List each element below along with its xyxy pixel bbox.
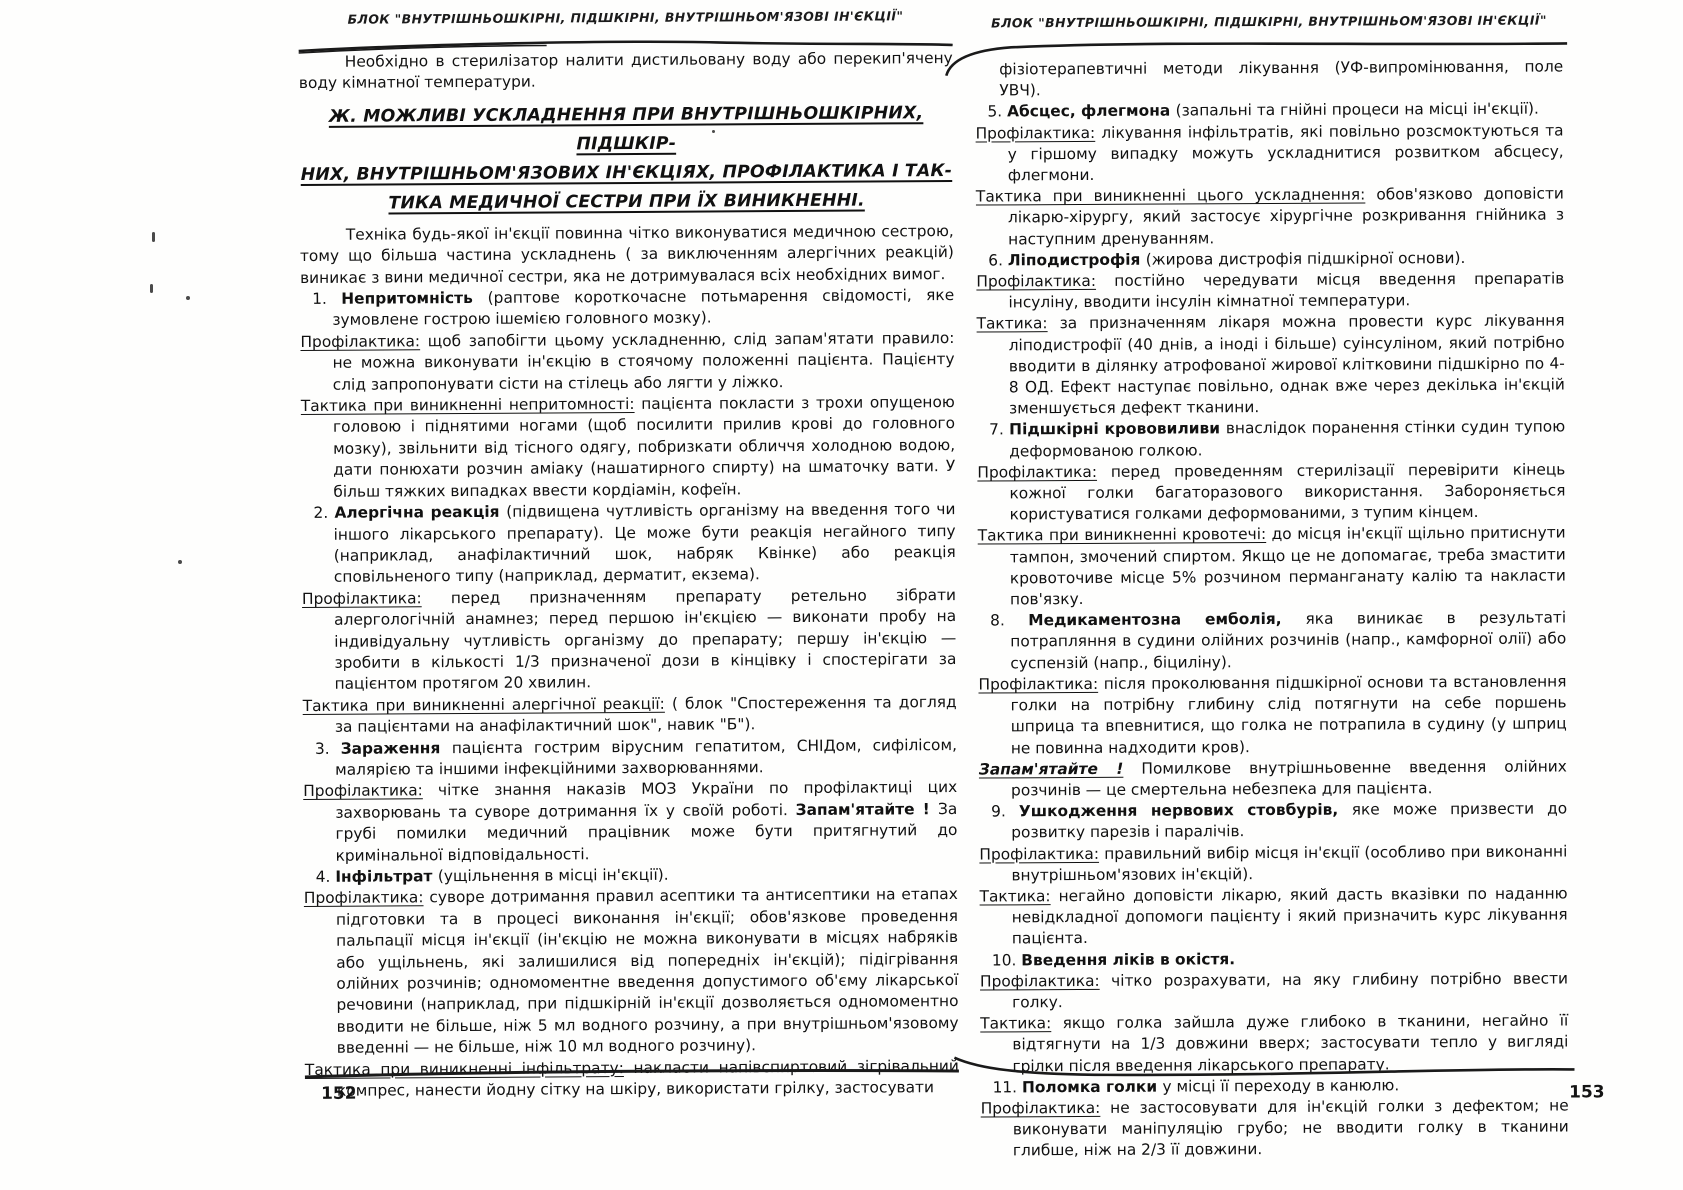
paragraph: фізіотерапевтичні методи лікування (УФ-в… [975, 56, 1563, 101]
text-segment: Медикаментозна емболія, [1028, 610, 1305, 629]
text-segment: перед призначенням препарату ретельно зі… [334, 586, 956, 693]
paragraph: 2. Алергічна реакція (підвищена чутливіс… [301, 499, 956, 589]
text-segment: Профілактика: [300, 332, 420, 351]
text-segment: негайно доповісти лікарю, який дасть вка… [1012, 884, 1568, 947]
paragraph: Профілактика: перед проведенням стериліз… [977, 459, 1565, 526]
paragraph: 1. Непритомність (раптове короткочасне п… [300, 285, 954, 332]
text-segment: за призначенням лікаря можна провести ку… [1009, 312, 1565, 418]
scan-speck [150, 284, 153, 293]
left-page: БЛОК "ВНУТРІШНЬОШКІРНІ, ПІДШКІРНІ, ВНУТР… [298, 0, 959, 1190]
text-segment: (жирова дистрофія підшкірної основи). [1146, 249, 1466, 269]
page-number-152: 152 [321, 1084, 357, 1104]
paragraph: Профілактика: лікування інфільтратів, як… [976, 120, 1564, 187]
paragraph: Тактика при виникненні цього ускладнення… [976, 184, 1564, 251]
text-segment: якщо голка зайшла дуже глибоко в тканини… [1012, 1012, 1568, 1075]
text-segment: (запальні та гнійні процеси на місці ін'… [1176, 100, 1539, 120]
text-segment: 11. [993, 1078, 1022, 1096]
scan-speck [152, 232, 155, 242]
paragraph: Тактика: якщо голка зайшла дуже глибоко … [980, 1011, 1568, 1078]
text-segment: 6. [988, 251, 1008, 269]
text-segment: у місці її переходу в канюлю. [1162, 1076, 1399, 1095]
text-segment: Необхідно в стерилізатор налити дистильо… [299, 49, 953, 92]
text-segment: 8. [990, 612, 1028, 630]
text-segment: Непритомність [341, 289, 487, 308]
text-segment: Абсцес, флегмона [1007, 102, 1176, 121]
paragraph: 6. Ліподистрофія (жирова дистрофія підшк… [976, 247, 1564, 271]
text-segment: Тактика: [980, 1014, 1051, 1032]
paragraph: 5. Абсцес, флегмона (запальні та гнійні … [975, 99, 1563, 123]
paragraph: 3. Зараження пацієнта гострим вірусним г… [303, 735, 957, 782]
text-segment: Профілактика: [303, 782, 423, 801]
paragraph: Техніка будь-якої ін'єкції повинна чітко… [300, 221, 954, 289]
paragraph: 7. Підшкірні крововиливи внаслідок поран… [977, 417, 1565, 462]
text-segment: Тактика при виникненні кровотечі: [978, 525, 1267, 545]
text-segment: Тактика: [980, 887, 1051, 905]
text-segment: Ушкодження нервових стовбурів, [1019, 801, 1352, 821]
running-header-right: БЛОК "ВНУТРІШНЬОШКІРНІ, ПІДШКІРНІ, ВНУТР… [975, 12, 1563, 30]
paragraph: Тактика при виникненні кровотечі: до міс… [978, 523, 1566, 611]
paragraph: Профілактика: перед призначенням препара… [302, 585, 957, 696]
text-segment: Підшкірні крововиливи [1009, 420, 1226, 439]
text-segment: Техніка будь-якої ін'єкції повинна чітко… [300, 222, 954, 287]
section-heading-line: НИХ, ВНУТРІШНЬОМ'ЯЗОВИХ ІН'ЄКЦІЯХ, ПРОФІ… [299, 157, 953, 190]
section-heading-text: НИХ, ВНУТРІШНЬОМ'ЯЗОВИХ ІН'ЄКЦІЯХ, ПРОФІ… [301, 161, 953, 185]
section-heading-line: ТИКА МЕДИЧНОЇ СЕСТРИ ПРИ ЇХ ВИНИКНЕННІ. [300, 186, 954, 219]
text-segment: Профілактика: [976, 124, 1096, 143]
paragraph: 11. Поломка голки у місці її переходу в … [981, 1074, 1569, 1098]
paragraph: Профілактика: після проколювання підшкір… [978, 671, 1566, 759]
text-segment: 10. [992, 951, 1021, 969]
text-segment: Профілактика: [302, 589, 422, 608]
paragraph: Профілактика: не застосовувати для ін'єк… [981, 1095, 1569, 1162]
paragraph: 10. Введення ліків в окістя. [980, 947, 1568, 971]
running-header-left: БЛОК "ВНУТРІШНЬОШКІРНІ, ПІДШКІРНІ, ВНУТР… [298, 8, 952, 27]
scan-speck [186, 296, 190, 300]
paragraph: Тактика при виникненні інфільтрату: накл… [305, 1056, 959, 1103]
paragraph: Тактика при виникненні алергічної реакці… [303, 692, 957, 739]
paragraph: 8. Медикаментозна емболія, яка виникає в… [978, 608, 1566, 675]
text-segment: Профілактика: [978, 675, 1098, 694]
text-segment: 3. [315, 739, 341, 757]
text-segment: Тактика при виникненні цього ускладнення… [976, 186, 1365, 206]
text-segment: Тактика при виникненні інфільтрату: [305, 1059, 624, 1079]
paragraph: Профілактика: щоб запобігти цьому усклад… [300, 328, 954, 396]
paragraph: Необхідно в стерилізатор налити дистильо… [299, 48, 953, 95]
section-heading: Ж. МОЖЛИВІ УСКЛАДНЕННЯ ПРИ ВНУТРІШНЬОШКІ… [299, 99, 954, 219]
paragraph: Профілактика: чітке знання наказів МОЗ У… [303, 777, 958, 867]
text-segment: Запам'ятайте ! [979, 759, 1124, 778]
paragraph: Запам'ятайте ! Помилкове внутрішньовенне… [979, 756, 1567, 801]
section-heading-line: Ж. МОЖЛИВІ УСКЛАДНЕННЯ ПРИ ВНУТРІШНЬОШКІ… [299, 99, 953, 161]
text-segment: Алергічна реакція [334, 503, 506, 522]
paragraph: Профілактика: постійно чередувати місця … [976, 268, 1564, 313]
book-spread: БЛОК "ВНУТРІШНЬОШКІРНІ, ПІДШКІРНІ, ВНУТР… [0, 0, 1683, 1190]
text-segment: 2. [313, 504, 334, 522]
text-segment: Тактика при виникненні алергічної реакці… [303, 695, 665, 715]
text-segment: 9. [991, 802, 1019, 820]
text-segment: Профілактика: [976, 272, 1096, 291]
text-segment: Профілактика: [980, 972, 1100, 991]
text-segment: фізіотерапевтичні методи лікування (УФ-в… [999, 57, 1563, 99]
text-segment: Профілактика: [979, 844, 1099, 863]
page-number-153: 153 [1569, 1082, 1605, 1102]
text-segment: 1. [312, 290, 341, 308]
paragraph: Тактика при виникненні непритомності: па… [301, 392, 956, 503]
text-segment: Тактика при виникненні непритомності: [301, 395, 635, 415]
scan-speck [712, 130, 715, 133]
text-segment: Ліподистрофія [1008, 250, 1146, 269]
text-segment: суворе дотримання правил асептики та ант… [336, 885, 959, 1057]
text-segment: Профілактика: [981, 1099, 1101, 1118]
section-heading-text: Ж. МОЖЛИВІ УСКЛАДНЕННЯ ПРИ ВНУТРІШНЬОШКІ… [329, 103, 924, 154]
paragraph: Тактика: за призначенням лікаря можна пр… [977, 311, 1566, 420]
text-segment: 5. [987, 103, 1007, 121]
text-segment: Поломка голки [1022, 1077, 1163, 1096]
paragraph: Профілактика: суворе дотримання правил а… [304, 884, 959, 1059]
section-heading-text: ТИКА МЕДИЧНОЇ СЕСТРИ ПРИ ЇХ ВИНИКНЕННІ. [388, 190, 864, 213]
text-segment: Запам'ятайте ! [796, 800, 938, 819]
text-segment: Профілактика: [304, 889, 424, 908]
text-segment: 7. [989, 421, 1009, 439]
paragraph: Профілактика: правильний вибір місця ін'… [979, 841, 1567, 886]
text-segment: Зараження [341, 739, 452, 758]
text-segment: (ущільнення в місці ін'єкції). [438, 866, 669, 885]
scan-speck [178, 560, 182, 564]
paragraph: Тактика: негайно доповісти лікарю, який … [980, 883, 1568, 950]
left-page-content: Необхідно в стерилізатор налити дистильо… [299, 48, 959, 1102]
text-segment: 4. [316, 868, 336, 886]
text-segment: Введення ліків в окістя. [1021, 950, 1235, 969]
text-segment: Профілактика: [977, 463, 1097, 482]
paragraph: 9. Ушкодження нервових стовбурів, яке мо… [979, 799, 1567, 844]
text-segment: Тактика: [977, 315, 1048, 333]
right-page-content: фізіотерапевтичні методи лікування (УФ-в… [975, 56, 1569, 1162]
right-page: БЛОК "ВНУТРІШНЬОШКІРНІ, ПІДШКІРНІ, ВНУТР… [975, 0, 1569, 1190]
text-segment: Інфільтрат [335, 867, 438, 886]
paragraph: Профілактика: чітко розрахувати, на яку … [980, 968, 1568, 1013]
text-segment: щоб запобігти цьому ускладненню, слід за… [333, 329, 955, 394]
